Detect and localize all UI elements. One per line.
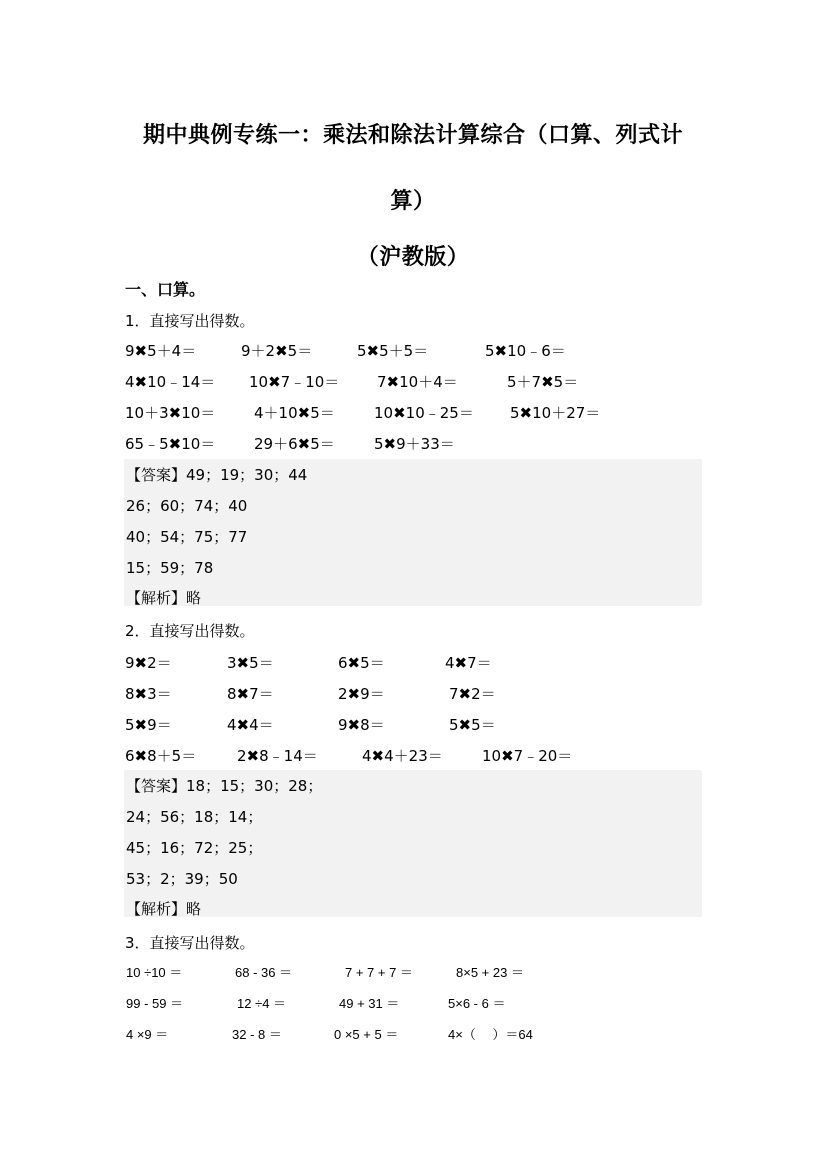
answer-line: 40；54；75；77	[126, 526, 247, 547]
section-heading-oral-calc: 一、口算。	[125, 277, 205, 300]
problem: 4✖4＝	[227, 714, 274, 735]
problem: 10✖7﹣20＝	[482, 745, 572, 766]
problem: 5✖10﹣6＝	[485, 340, 566, 361]
problem: 5✖9＋33＝	[374, 433, 455, 454]
problem: 12 ÷4 ＝	[237, 993, 286, 1012]
problem: 3✖5＝	[227, 652, 274, 673]
q1-row-2: 4✖10﹣14＝ 10✖7﹣10＝ 7✖10＋4＝ 5＋7✖5＝	[0, 371, 826, 393]
answer-line: 53；2；39；50	[126, 868, 238, 889]
problem: 10＋3✖10＝	[125, 402, 215, 423]
problem: 8✖3＝	[125, 683, 172, 704]
answer-line: 45；16；72；25；	[126, 837, 262, 858]
problem: 32 - 8 ＝	[232, 1024, 282, 1043]
answer-line: 【答案】18；15；30；28；	[126, 775, 322, 796]
analysis-line: 【解析】略	[126, 587, 201, 608]
question-3-title: 3．直接写出得数。	[125, 932, 255, 953]
problem: 4×（ ）＝64	[448, 1024, 533, 1043]
q3-row-2: 99 - 59 ＝ 12 ÷4 ＝ 49 + 31 ＝ 5×6 - 6 ＝	[0, 993, 826, 1015]
q1-row-3: 10＋3✖10＝ 4＋10✖5＝ 10✖10﹣25＝ 5✖10＋27＝	[0, 402, 826, 424]
problem: 8×5 + 23 ＝	[456, 962, 524, 981]
document-title-line2: 算）	[0, 184, 826, 215]
problem: 7 + 7 + 7 ＝	[345, 962, 413, 981]
q1-row-1: 9✖5＋4＝ 9＋2✖5＝ 5✖5＋5＝ 5✖10﹣6＝	[0, 340, 826, 362]
problem: 29＋6✖5＝	[254, 433, 335, 454]
problem: 10✖7﹣10＝	[249, 371, 339, 392]
problem: 65﹣5✖10＝	[125, 433, 215, 454]
q2-row-4: 6✖8＋5＝ 2✖8﹣14＝ 4✖4＋23＝ 10✖7﹣20＝	[0, 745, 826, 767]
problem: 9＋2✖5＝	[241, 340, 312, 361]
answer-line: 【答案】49；19；30；44	[126, 464, 307, 485]
problem: 5✖10＋27＝	[510, 402, 600, 423]
q1-answer-box: 【答案】49；19；30；44 26；60；74；40 40；54；75；77 …	[124, 459, 702, 606]
problem: 9✖5＋4＝	[125, 340, 196, 361]
problem: 4 ×9 ＝	[126, 1024, 168, 1043]
q2-answer-box: 【答案】18；15；30；28； 24；56；18；14； 45；16；72；2…	[124, 770, 702, 917]
q2-row-2: 8✖3＝ 8✖7＝ 2✖9＝ 7✖2＝	[0, 683, 826, 705]
q3-row-1: 10 ÷10 ＝ 68 - 36 ＝ 7 + 7 + 7 ＝ 8×5 + 23 …	[0, 962, 826, 984]
problem: 5✖5＝	[449, 714, 496, 735]
problem: 4✖10﹣14＝	[125, 371, 215, 392]
problem: 8✖7＝	[227, 683, 274, 704]
question-2-title: 2．直接写出得数。	[125, 620, 255, 641]
document-subtitle: （沪教版）	[0, 240, 826, 271]
problem: 5✖5＋5＝	[357, 340, 428, 361]
problem: 7✖10＋4＝	[377, 371, 458, 392]
answer-line: 24；56；18；14；	[126, 806, 262, 827]
answer-line: 26；60；74；40	[126, 495, 247, 516]
problem: 7✖2＝	[449, 683, 496, 704]
problem: 5✖9＝	[125, 714, 172, 735]
problem: 4✖4＋23＝	[362, 745, 443, 766]
question-1-title: 1．直接写出得数。	[125, 310, 255, 331]
q1-row-4: 65﹣5✖10＝ 29＋6✖5＝ 5✖9＋33＝	[0, 433, 826, 455]
problem: 4✖7＝	[445, 652, 492, 673]
problem: 9✖8＝	[338, 714, 385, 735]
problem: 5×6 - 6 ＝	[448, 993, 505, 1012]
q3-row-3: 4 ×9 ＝ 32 - 8 ＝ 0 ×5 + 5 ＝ 4×（ ）＝64	[0, 1024, 826, 1046]
problem: 5＋7✖5＝	[507, 371, 578, 392]
q2-row-1: 9✖2＝ 3✖5＝ 6✖5＝ 4✖7＝	[0, 652, 826, 674]
problem: 10✖10﹣25＝	[374, 402, 474, 423]
problem: 6✖5＝	[338, 652, 385, 673]
problem: 2✖9＝	[338, 683, 385, 704]
q2-row-3: 5✖9＝ 4✖4＝ 9✖8＝ 5✖5＝	[0, 714, 826, 736]
problem: 99 - 59 ＝	[126, 993, 183, 1012]
problem: 9✖2＝	[125, 652, 172, 673]
problem: 6✖8＋5＝	[125, 745, 196, 766]
document-title-line1: 期中典例专练一：乘法和除法计算综合（口算、列式计	[0, 118, 826, 149]
problem: 49 + 31 ＝	[339, 993, 399, 1012]
analysis-line: 【解析】略	[126, 898, 201, 919]
problem: 0 ×5 + 5 ＝	[334, 1024, 398, 1043]
problem: 2✖8﹣14＝	[237, 745, 318, 766]
problem: 68 - 36 ＝	[235, 962, 292, 981]
answer-line: 15；59；78	[126, 557, 213, 578]
problem: 10 ÷10 ＝	[126, 962, 182, 981]
problem: 4＋10✖5＝	[254, 402, 335, 423]
